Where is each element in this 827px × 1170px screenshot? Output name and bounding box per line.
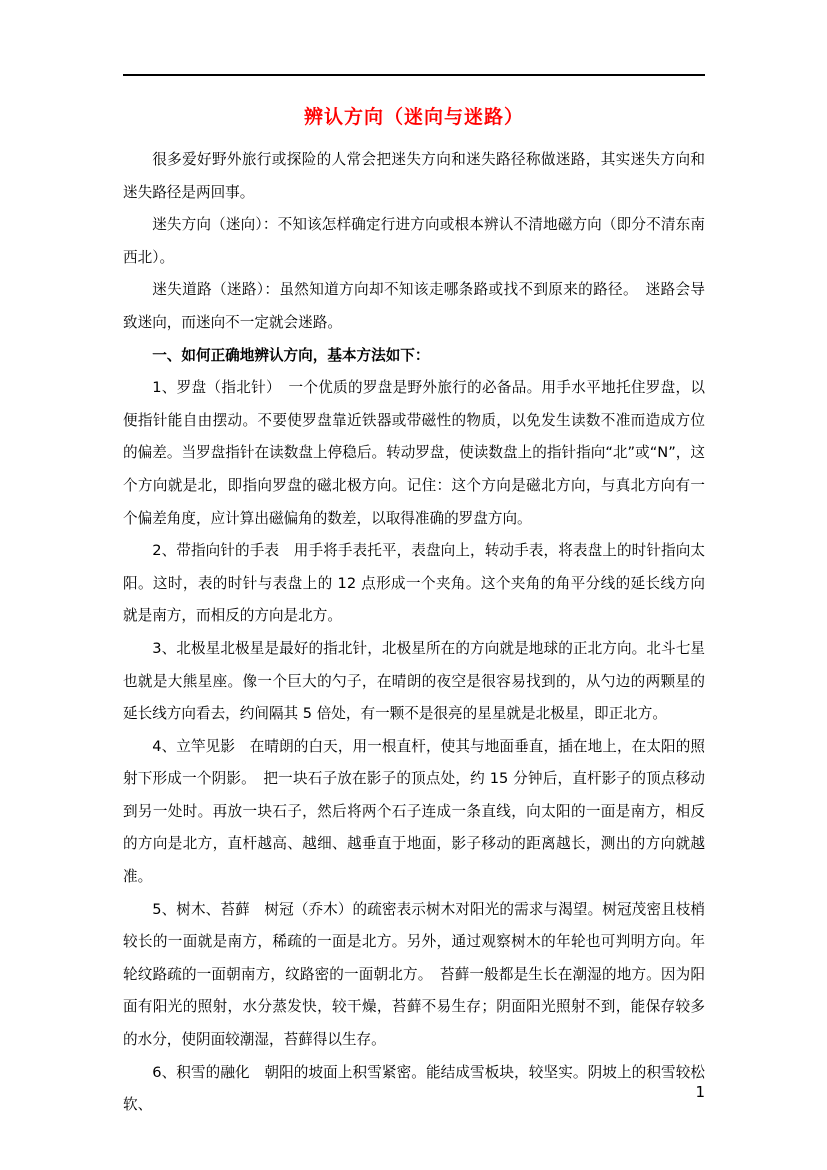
paragraph: 4、立竿见影 在晴朗的白天，用一根直杆，使其与地面垂直，插在地上，在太阳的照射下… xyxy=(123,731,705,894)
paragraph: 迷失方向（迷向）：不知该怎样确定行进方向或根本辨认不清地磁方向（即分不清东南西北… xyxy=(123,209,705,274)
paragraph: 1、罗盘（指北针） 一个优质的罗盘是野外旅行的必备品。用手水平地托住罗盘，以便指… xyxy=(123,372,705,535)
paragraph: 3、北极星北极星是最好的指北针，北极星所在的方向就是地球的正北方向。北斗七星也就… xyxy=(123,633,705,731)
page-number: 1 xyxy=(123,1083,705,1101)
section-heading: 一、如何正确地辨认方向，基本方法如下： xyxy=(123,340,705,373)
document-title: 辨认方向（迷向与迷路） xyxy=(123,103,705,131)
paragraph: 很多爱好野外旅行或探险的人常会把迷失方向和迷失路径称做迷路，其实迷失方向和迷失路… xyxy=(123,144,705,209)
paragraph: 5、树木、苔藓 树冠（乔木）的疏密表示树木对阳光的需求与渴望。树冠茂密且枝梢较长… xyxy=(123,894,705,1057)
document-page: 辨认方向（迷向与迷路） 很多爱好野外旅行或探险的人常会把迷失方向和迷失路径称做迷… xyxy=(0,0,827,1170)
header-rule xyxy=(123,74,705,76)
paragraph: 2、带指向针的手表 用手将手表托平，表盘向上，转动手表，将表盘上的时针指向太阳。… xyxy=(123,535,705,633)
paragraph: 迷失道路（迷路）：虽然知道方向却不知该走哪条路或找不到原来的路径。 迷路会导致迷… xyxy=(123,274,705,339)
document-content: 辨认方向（迷向与迷路） 很多爱好野外旅行或探险的人常会把迷失方向和迷失路径称做迷… xyxy=(123,95,705,1122)
